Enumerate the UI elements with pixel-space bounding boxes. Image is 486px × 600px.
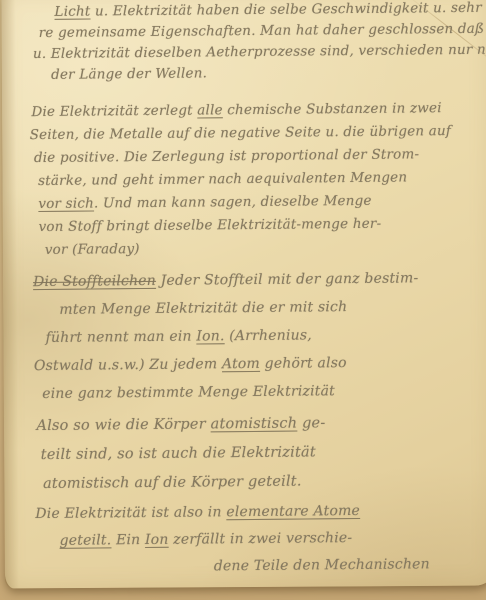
text-segment: u. Elektrizität dieselben Aetherprozesse…: [33, 41, 486, 62]
handwritten-text-block: Licht u. Elektrizität haben die selbe Ge…: [8, 0, 486, 582]
handwritten-line: eine ganz bestimmte Menge Elektrizität: [12, 376, 486, 409]
handwritten-line: die positive. Die Zerlegung ist proporti…: [10, 143, 486, 171]
text-segment: chemische Substanzen in zwei: [223, 100, 442, 118]
text-segment: ge-: [297, 415, 325, 431]
text-segment: . Und man kann sagen, dieselbe Menge: [94, 193, 372, 212]
paragraph-5: Die Elektrizität ist also in elementare …: [13, 497, 486, 583]
text-segment-underline: Atom: [222, 356, 260, 372]
text-segment: re gemeinsame Eigenschaften. Man hat dah…: [39, 20, 486, 41]
handwritten-line: mten Menge Elektrizität die er mit sich: [11, 292, 486, 325]
handwritten-line: atomistisch auf die Körper geteilt.: [13, 466, 486, 500]
text-segment-underline: elementare Atome: [226, 503, 360, 520]
paragraph-4: Also so wie die Körper atomistisch ge-te…: [12, 408, 486, 500]
paragraph-3: Die Stoffteilchen Jeder Stoffteil mit de…: [11, 264, 486, 409]
text-segment: Jeder Stoffteil mit der ganz bestim-: [156, 270, 419, 289]
text-segment: teilt sind, so ist auch die Elektrizität: [41, 444, 316, 463]
text-segment: führt nennt man ein: [46, 329, 197, 346]
text-segment: stärke, und geht immer nach aequivalente…: [38, 169, 407, 189]
text-segment-underline: vor sich: [38, 195, 94, 212]
text-segment: gehört also: [260, 355, 347, 372]
text-segment: Ostwald u.s.w.) Zu jedem: [34, 356, 222, 374]
text-segment-underline: Ion: [145, 532, 169, 548]
text-segment-underline: Ion.: [196, 328, 224, 344]
text-segment: Die Elektrizität ist also in: [35, 504, 226, 522]
handwritten-line: führt nennt man ein Ion. (Arrhenius,: [12, 320, 486, 353]
text-segment: vor (Faraday): [45, 241, 140, 258]
text-segment: der Länge der Wellen.: [51, 65, 207, 82]
text-segment: (Arrhenius,: [225, 327, 312, 344]
manuscript-photo: Licht u. Elektrizität haben die selbe Ge…: [0, 0, 486, 600]
handwritten-line: dene Teile den Mechanischen: [14, 551, 486, 583]
text-segment-underline: geteilt.: [60, 532, 112, 548]
handwritten-line: der Länge der Wellen.: [9, 61, 486, 87]
text-segment: dene Teile den Mechanischen: [214, 556, 430, 574]
text-segment: Die Elektrizität zerlegt: [31, 102, 197, 120]
text-segment-underline: Licht: [54, 4, 90, 20]
paragraph-2: Die Elektrizität zerlegt alle chemische …: [9, 97, 486, 263]
text-segment: Ein: [111, 532, 145, 548]
text-segment: u. Elektrizität haben die selbe Geschwin…: [90, 0, 486, 20]
text-segment: Seiten, die Metalle auf die negative Sei…: [30, 123, 452, 143]
text-segment: mten Menge Elektrizität die er mit sich: [59, 299, 347, 318]
handwritten-line: teilt sind, so ist auch die Elektrizität: [13, 437, 486, 471]
text-segment: eine ganz bestimmte Menge Elektrizität: [42, 383, 335, 402]
notebook-page: Licht u. Elektrizität haben die selbe Ge…: [1, 0, 486, 588]
handwritten-line: Ostwald u.s.w.) Zu jedem Atom gehört als…: [12, 348, 486, 381]
handwritten-line: vor (Faraday): [11, 235, 486, 263]
text-segment-strike-underline: Die Stoffteilchen: [33, 273, 156, 290]
text-segment: von Stoff bringt dieselbe Elektrizität-m…: [38, 216, 381, 235]
handwritten-line: Die Stoffteilchen Jeder Stoffteil mit de…: [11, 264, 486, 297]
text-segment: die positive. Die Zerlegung ist proporti…: [34, 146, 419, 166]
text-segment: Also so wie die Körper: [36, 416, 210, 434]
text-segment-underline: atomistisch: [211, 416, 298, 433]
text-segment-underline: alle: [197, 102, 223, 118]
handwritten-line: Also so wie die Körper atomistisch ge-: [12, 408, 486, 442]
paragraph-1: Licht u. Elektrizität haben die selbe Ge…: [8, 0, 486, 86]
text-segment: atomistisch auf die Körper geteilt.: [43, 474, 302, 492]
text-segment: zerfällt in zwei verschie-: [169, 530, 353, 548]
